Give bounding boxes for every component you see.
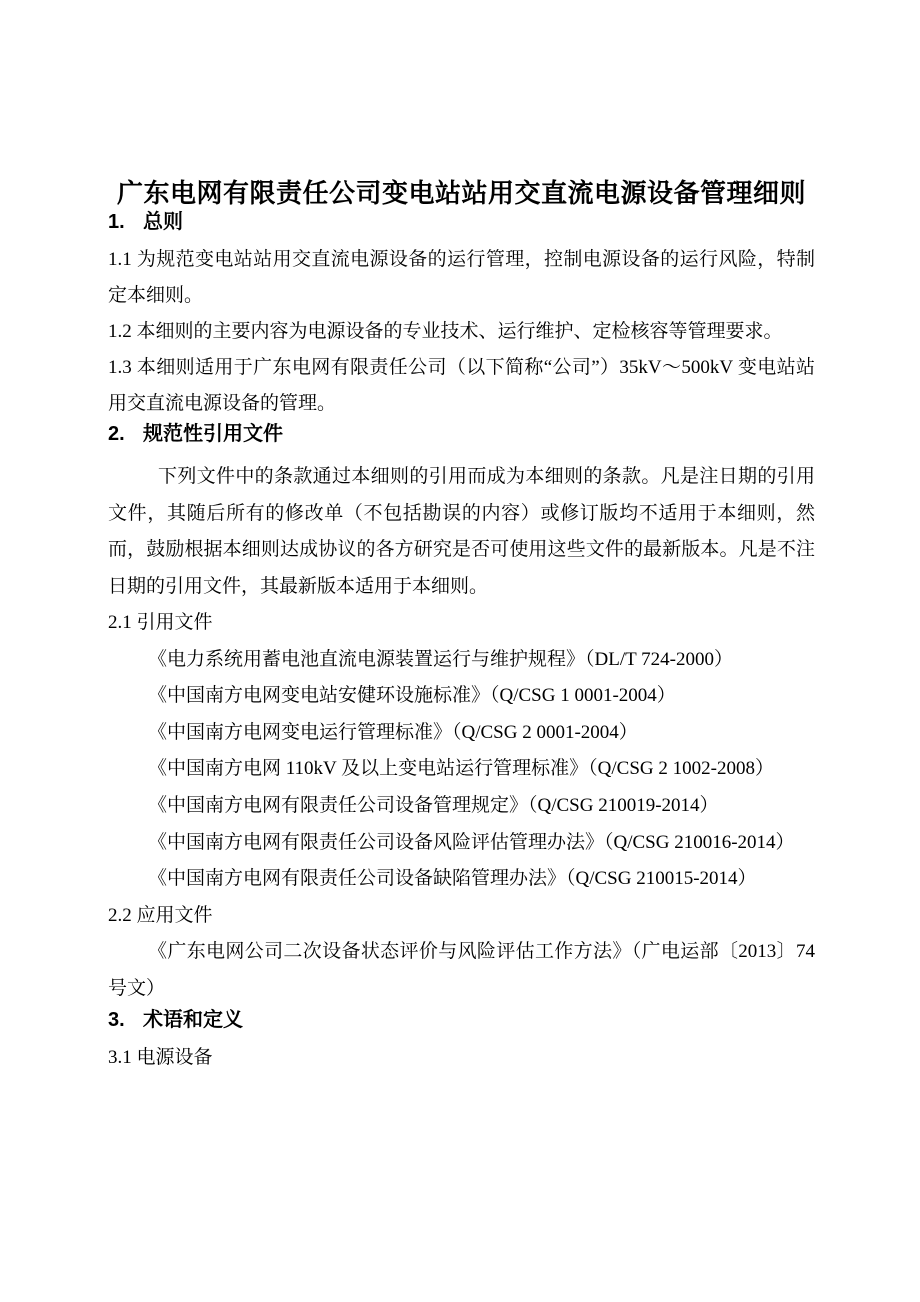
subsection-2-2-heading: 2.2 应用文件: [108, 898, 815, 935]
paragraph-3-1: 3.1 电源设备: [108, 1040, 815, 1076]
section-3-number: 3.: [108, 1008, 143, 1032]
section-3-heading: 3.术语和定义: [108, 1008, 815, 1032]
paragraph-1-1: 1.1 为规范变电站站用交直流电源设备的运行管理，控制电源设备的运行风险，特制定…: [108, 242, 815, 314]
document-title: 广东电网有限责任公司变电站站用交直流电源设备管理细则: [108, 176, 815, 210]
reference-item: 《中国南方电网 110kV 及以上变电站运行管理标准》（Q/CSG 2 1002…: [108, 751, 815, 788]
section-1-number: 1.: [108, 210, 143, 234]
applied-document-item: 《广东电网公司二次设备状态评价与风险评估工作方法》（广电运部〔2013〕74 号…: [108, 934, 815, 1007]
reference-item: 《中国南方电网有限责任公司设备风险评估管理办法》（Q/CSG 210016-20…: [108, 825, 815, 862]
paragraph-1-3: 1.3 本细则适用于广东电网有限责任公司（以下简称“公司”）35kV～500kV…: [108, 350, 815, 422]
reference-item: 《中国南方电网有限责任公司设备管理规定》（Q/CSG 210019-2014）: [108, 788, 815, 825]
section-2-intro-paragraph: 下列文件中的条款通过本细则的引用而成为本细则的条款。凡是注日期的引用文件，其随后…: [108, 459, 815, 605]
paragraph-1-2: 1.2 本细则的主要内容为电源设备的专业技术、运行维护、定检核容等管理要求。: [108, 314, 815, 350]
section-2-label: 规范性引用文件: [143, 423, 283, 445]
section-1-label: 总则: [143, 211, 183, 233]
document-page: 广东电网有限责任公司变电站站用交直流电源设备管理细则 1.总则 1.1 为规范变…: [0, 0, 920, 1302]
section-1-heading: 1.总则: [108, 210, 815, 234]
reference-item: 《中国南方电网变电运行管理标准》（Q/CSG 2 0001-2004）: [108, 715, 815, 752]
reference-item: 《中国南方电网变电站安健环设施标准》（Q/CSG 1 0001-2004）: [108, 678, 815, 715]
reference-item: 《电力系统用蓄电池直流电源装置运行与维护规程》（DL/T 724-2000）: [108, 642, 815, 679]
section-2-number: 2.: [108, 422, 143, 446]
section-3-label: 术语和定义: [143, 1009, 243, 1031]
subsection-2-1-heading: 2.1 引用文件: [108, 605, 815, 642]
section-2-heading: 2.规范性引用文件: [108, 422, 815, 446]
reference-item: 《中国南方电网有限责任公司设备缺陷管理办法》（Q/CSG 210015-2014…: [108, 861, 815, 898]
